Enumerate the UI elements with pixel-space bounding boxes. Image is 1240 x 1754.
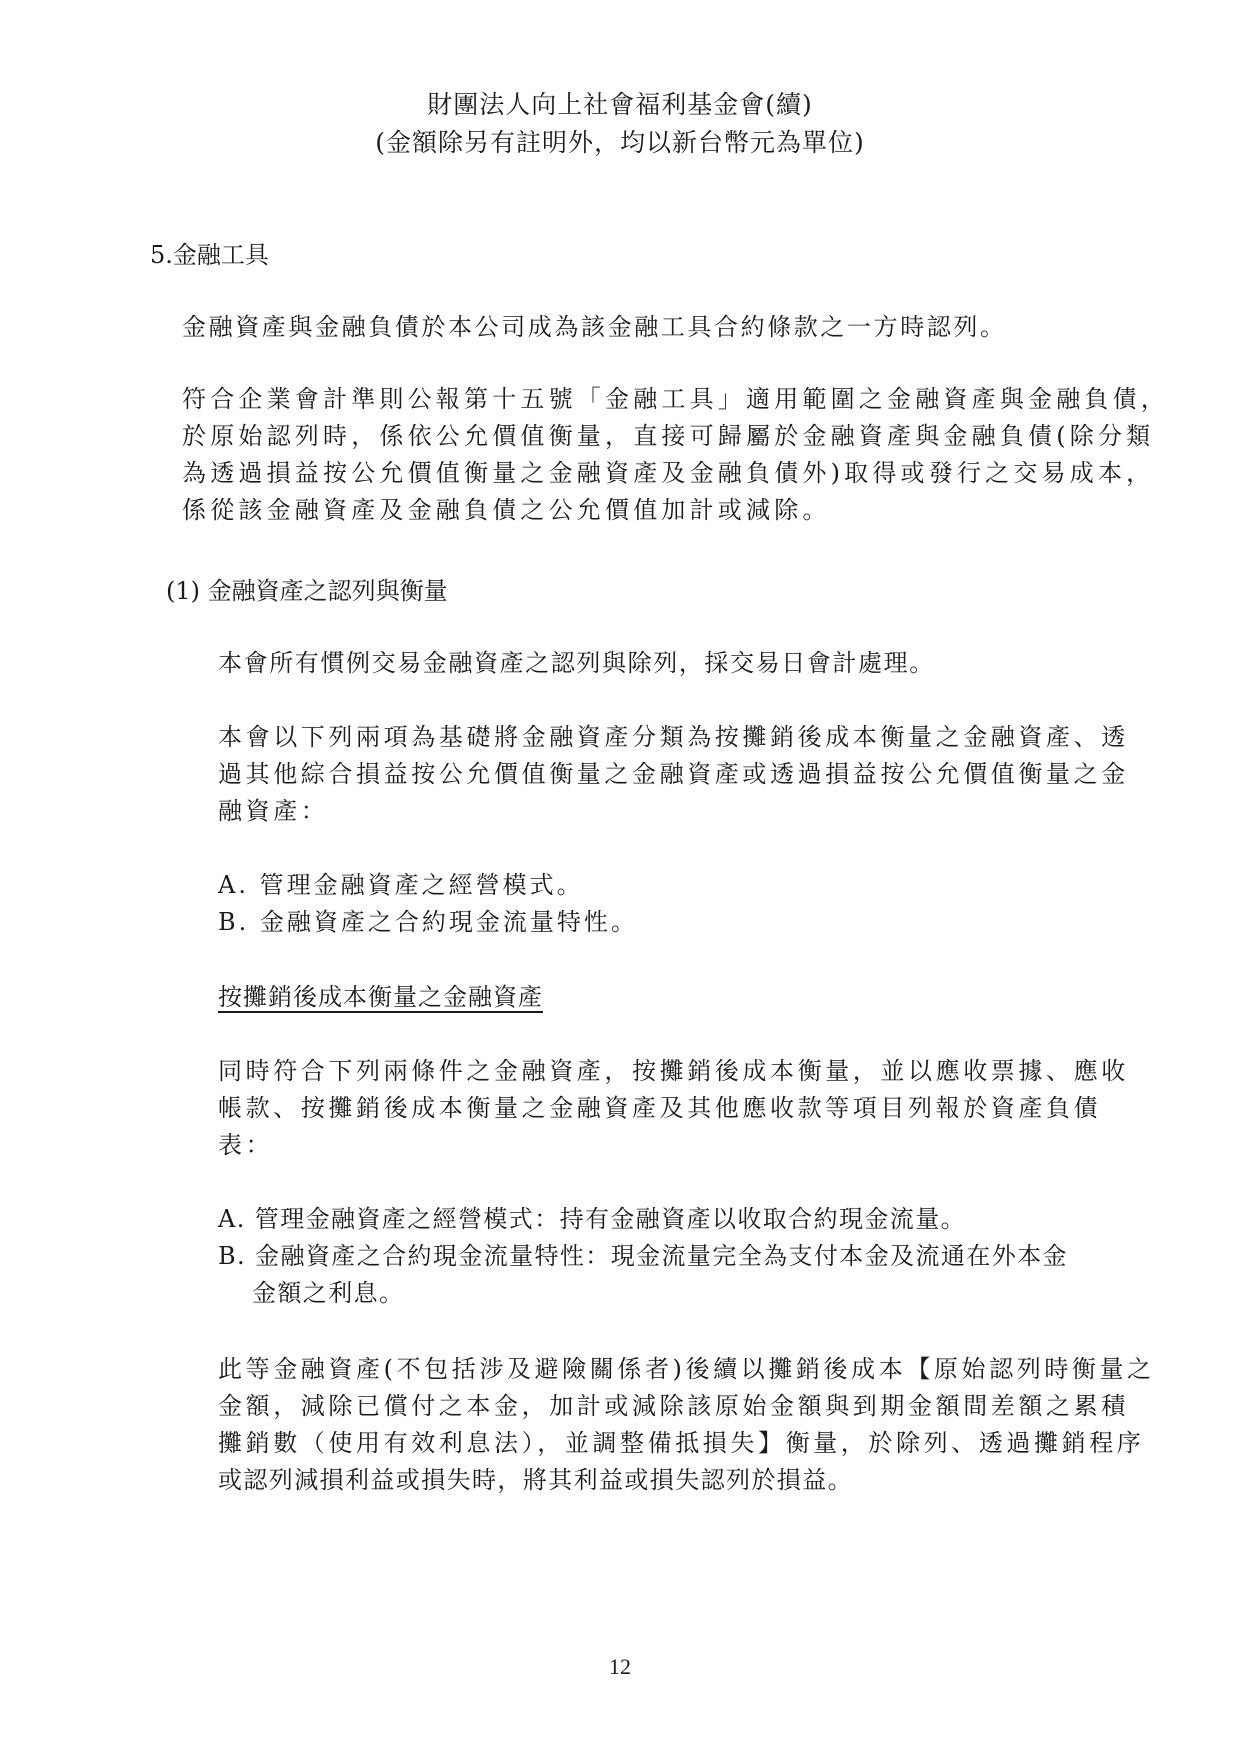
- section-heading: 5.金融工具: [150, 236, 269, 274]
- subsection-heading: (1) 金融資產之認列與衡量: [166, 572, 448, 610]
- paragraph-line: 帳款、按攤銷後成本衡量之金融資產及其他應收款等項目列報於資產負債: [218, 1089, 1101, 1127]
- criteria-item: A. 管理金融資產之經營模式：持有金融資產以收取合約現金流量。: [218, 1200, 966, 1238]
- paragraph-line: 為透過損益按公允價值衡量之金融資產及金融負債外)取得或發行之交易成本，: [182, 454, 1154, 492]
- criteria-item: B. 金融資產之合約現金流量特性：現金流量完全為支付本金及流通在外本金: [218, 1237, 1068, 1275]
- paragraph-line: 過其他綜合損益按公允價值衡量之金融資產或透過損益按公允價值衡量之金: [218, 755, 1129, 793]
- criteria-item: A. 管理金融資產之經營模式。: [218, 866, 584, 904]
- paragraph-line: 本會以下列兩項為基礎將金融資產分類為按攤銷後成本衡量之金融資產、透: [218, 718, 1129, 756]
- paragraph: 本會所有慣例交易金融資產之認列與除列，採交易日會計處理。: [218, 644, 935, 682]
- paragraph-line: 融資產：: [218, 792, 328, 830]
- paragraph-line: 此等金融資產(不包括涉及避險關係者)後續以攤銷後成本【原始認列時衡量之: [218, 1350, 1155, 1388]
- page-number: 12: [0, 1648, 1240, 1686]
- paragraph-line: 或認列減損利益或損失時，將其利益或損失認列於損益。: [218, 1461, 853, 1499]
- amortized-cost-heading: 按攤銷後成本衡量之金融資產: [218, 978, 543, 1016]
- intro-paragraph: 金融資產與金融負債於本公司成為該金融工具合約條款之一方時認列。: [182, 308, 1007, 346]
- paragraph-line: 金額，減除已償付之本金，加計或減除該原始金額與到期金額間差額之累積: [218, 1387, 1129, 1425]
- document-title: 財團法人向上社會福利基金會(續): [0, 86, 1240, 124]
- paragraph-line: 表：: [218, 1126, 273, 1164]
- paragraph-line: 於原始認列時，係依公允價值衡量，直接可歸屬於金融資產與金融負債(除分類: [182, 417, 1154, 455]
- document-page: 財團法人向上社會福利基金會(續) (金額除另有註明外，均以新台幣元為單位) 5.…: [0, 0, 1240, 1754]
- criteria-item-continuation: 金額之利息。: [252, 1274, 404, 1312]
- paragraph-line: 同時符合下列兩條件之金融資產，按攤銷後成本衡量，並以應收票據、應收: [218, 1052, 1129, 1090]
- paragraph-line: 係從該金融資產及金融負債之公允價值加計或減除。: [182, 491, 831, 529]
- paragraph-line: 符合企業會計準則公報第十五號「金融工具」適用範圍之金融資產與金融負債，: [182, 380, 1169, 418]
- paragraph-line: 攤銷數（使用有效利息法），並調整備抵損失】衡量，於除列、透過攤銷程序: [218, 1424, 1144, 1462]
- document-subtitle: (金額除另有註明外，均以新台幣元為單位): [0, 124, 1240, 162]
- criteria-item: B. 金融資產之合約現金流量特性。: [218, 903, 638, 941]
